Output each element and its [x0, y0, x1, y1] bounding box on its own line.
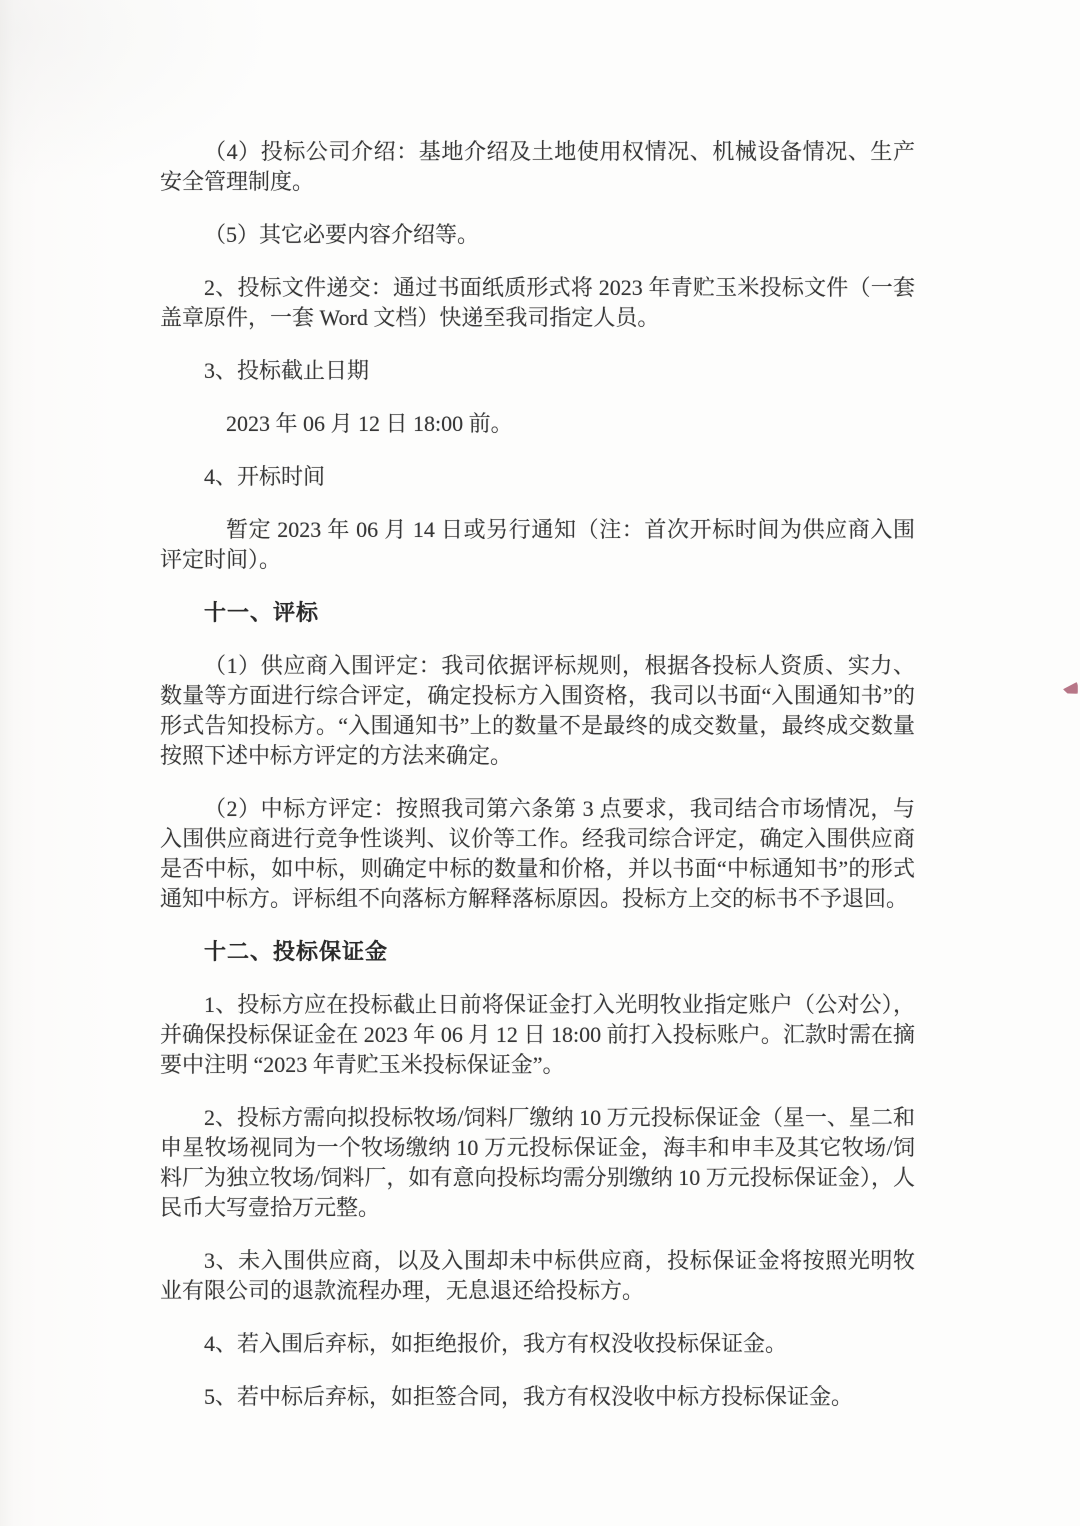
paragraph-deposit-payment-account: 1、投标方应在投标截止日前将保证金打入光明牧业指定账户（公对公），并确保投标保证…: [160, 990, 915, 1080]
paragraph-supplier-shortlist-evaluation: （1）供应商入围评定：我司依据评标规则，根据各投标人资质、实力、数量等方面进行综…: [160, 651, 915, 771]
paragraph-bid-deadline-date: 2023 年 06 月 12 日 18:00 前。: [160, 409, 915, 439]
paragraph-item-5-other-content: （5）其它必要内容介绍等。: [160, 220, 915, 250]
document-page: （4）投标公司介绍：基地介绍及土地使用权情况、机械设备情况、生产安全管理制度。 …: [0, 0, 1080, 1526]
paragraph-deposit-refund: 3、未入围供应商，以及入围却未中标供应商，投标保证金将按照光明牧业有限公司的退款…: [160, 1246, 915, 1306]
paragraph-bid-opening-time-detail: 暂定 2023 年 06 月 14 日或另行通知（注：首次开标时间为供应商入围评…: [160, 515, 915, 575]
document-body: （4）投标公司介绍：基地介绍及土地使用权情况、机械设备情况、生产安全管理制度。 …: [160, 137, 915, 1412]
pink-ink-mark: [1063, 682, 1078, 694]
paragraph-4-bid-opening-time-title: 4、开标时间: [160, 462, 915, 492]
paragraph-item-4-bidder-intro: （4）投标公司介绍：基地介绍及土地使用权情况、机械设备情况、生产安全管理制度。: [160, 137, 915, 197]
paragraph-2-bid-document-delivery: 2、投标文件递交：通过书面纸质形式将 2023 年青贮玉米投标文件（一套盖章原件…: [160, 273, 915, 333]
section-heading-11-evaluation: 十一、评标: [160, 598, 915, 628]
paragraph-3-bid-deadline-title: 3、投标截止日期: [160, 356, 915, 386]
section-heading-12-bid-deposit: 十二、投标保证金: [160, 937, 915, 967]
paragraph-deposit-forfeit-on-refusal-to-quote: 4、若入围后弃标，如拒绝报价，我方有权没收投标保证金。: [160, 1329, 915, 1359]
paragraph-deposit-forfeit-on-refusal-to-sign: 5、若中标后弃标，如拒签合同，我方有权没收中标方投标保证金。: [160, 1382, 915, 1412]
paragraph-winner-evaluation: （2）中标方评定：按照我司第六条第 3 点要求，我司结合市场情况，与入围供应商进…: [160, 794, 915, 914]
paragraph-deposit-amount-per-farm: 2、投标方需向拟投标牧场/饲料厂缴纳 10 万元投标保证金（星一、星二和申星牧场…: [160, 1103, 915, 1223]
